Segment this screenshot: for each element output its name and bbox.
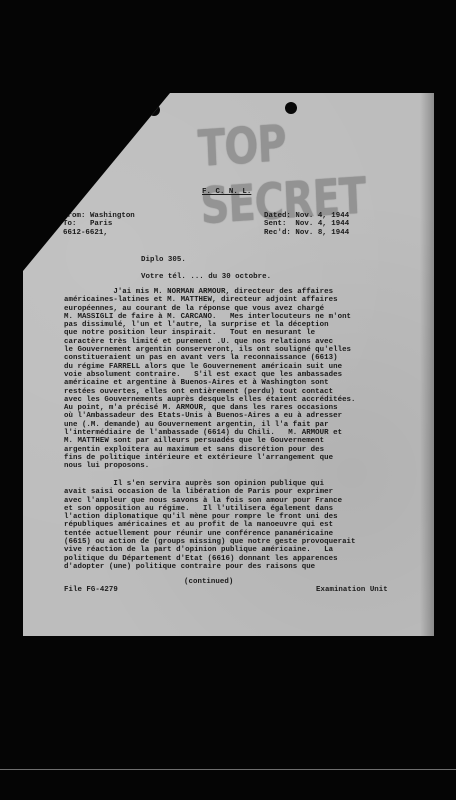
text-line: d'adopter (une) politique contraire pour… [64,563,356,571]
text-line: J'ai mis M. NORMAN ARMOUR, directeur des… [64,288,356,296]
text-line: fins de politique intérieure et extérieu… [64,454,356,462]
to-label: To: [63,220,76,228]
text-line: politique du Département d'Etat (6616) d… [64,555,356,563]
text-line: du régime FARRELL alors que le Gouvernem… [64,363,356,371]
punch-hole-left [148,104,160,116]
to-value: Paris [90,220,112,228]
from-value: Washington [90,212,135,220]
text-line: M. MATTHEW sont par ailleurs persuadés q… [64,437,356,445]
from-label: From: [63,212,85,220]
diplo-number: Diplo 305. [141,256,186,264]
punch-hole-right [285,102,297,114]
text-line: américaine et argentine à Buenos-Aires e… [64,379,356,387]
text-line: restées ouvertes, elles ont entièrement … [64,388,356,396]
text-line: (6615) ou action de (groups missing) que… [64,538,356,546]
scan-border-line [0,769,456,770]
text-line: constitueraient un pas en avant vers la … [64,354,356,362]
file-number: File FG-4279 [64,586,118,594]
dates-block: Dated: Nov. 4, 1944 Sent: Nov. 4, 1944 R… [264,212,349,237]
text-line: l'action diplomatique qu'il mène pour ro… [64,513,356,521]
text-line: Au point, m'a précisé M. ARMOUR, que dan… [64,404,356,412]
text-line: vive réaction de la part d'opinion publi… [64,546,356,554]
text-line: argentin exploitera au maximum et sans d… [64,446,356,454]
continued-note: (continued) [184,578,233,586]
text-line: européennes, au courant de la réponse qu… [64,305,356,313]
text-line: le Gouvernement argentin conserveront, i… [64,346,356,354]
text-line: avec l'ampleur que nous savons à la fois… [64,497,356,505]
examination-unit: Examination Unit [316,586,388,594]
text-line: avait saisi occasion de la libération de… [64,488,356,496]
document-page: TOP SECRET F. C. N. L. From: Washington … [23,93,434,636]
text-line: pas dissimulé, l'un et l'autre, la surpr… [64,321,356,329]
text-line: voie absolument contraire. S'il est exac… [64,371,356,379]
text-line: nous lui proposons. [64,462,356,470]
text-line: caractère très limité et purement .U. qu… [64,338,356,346]
text-line: l'intermédiaire de l'ambassade (6614) du… [64,429,356,437]
paragraph-1: J'ai mis M. NORMAN ARMOUR, directeur des… [64,288,356,471]
text-line: et son opposition au régime. Il l'utilis… [64,505,356,513]
dated-line: Dated: Nov. 4, 1944 [264,212,349,220]
text-line: avec les Gouvernements auprès desquels e… [64,396,356,404]
paragraph-2: Il s'en servira auprès son opinion publi… [64,480,356,571]
received-line: Rec'd: Nov. 8, 1944 [264,229,349,237]
serial-numbers: 6612-6621, [63,229,108,237]
text-line: où l'Ambassadeur des Etats-Unis à Buenos… [64,412,356,420]
text-line: une (.M. demande) au Gouvernement argent… [64,421,356,429]
sent-line: Sent: Nov. 4, 1944 [264,220,349,228]
text-line: républiques américaines et au profit de … [64,521,356,529]
text-line: Il s'en servira auprès son opinion publi… [64,480,356,488]
office-heading: F. C. N. L. [202,188,251,196]
text-line: américaines-latines et M. MATTHEW, direc… [64,296,356,304]
routing-block: From: Washington To: Paris 6612-6621, [63,212,135,237]
text-line: que notre position leur inspirait. Tout … [64,329,356,337]
text-line: M. MASSIGLI de faire à M. CARCANO. Mes i… [64,313,356,321]
reference-line: Votre tél. ... du 30 octobre. [141,273,271,281]
text-line: tentée actuellement pour réunir une conf… [64,530,356,538]
